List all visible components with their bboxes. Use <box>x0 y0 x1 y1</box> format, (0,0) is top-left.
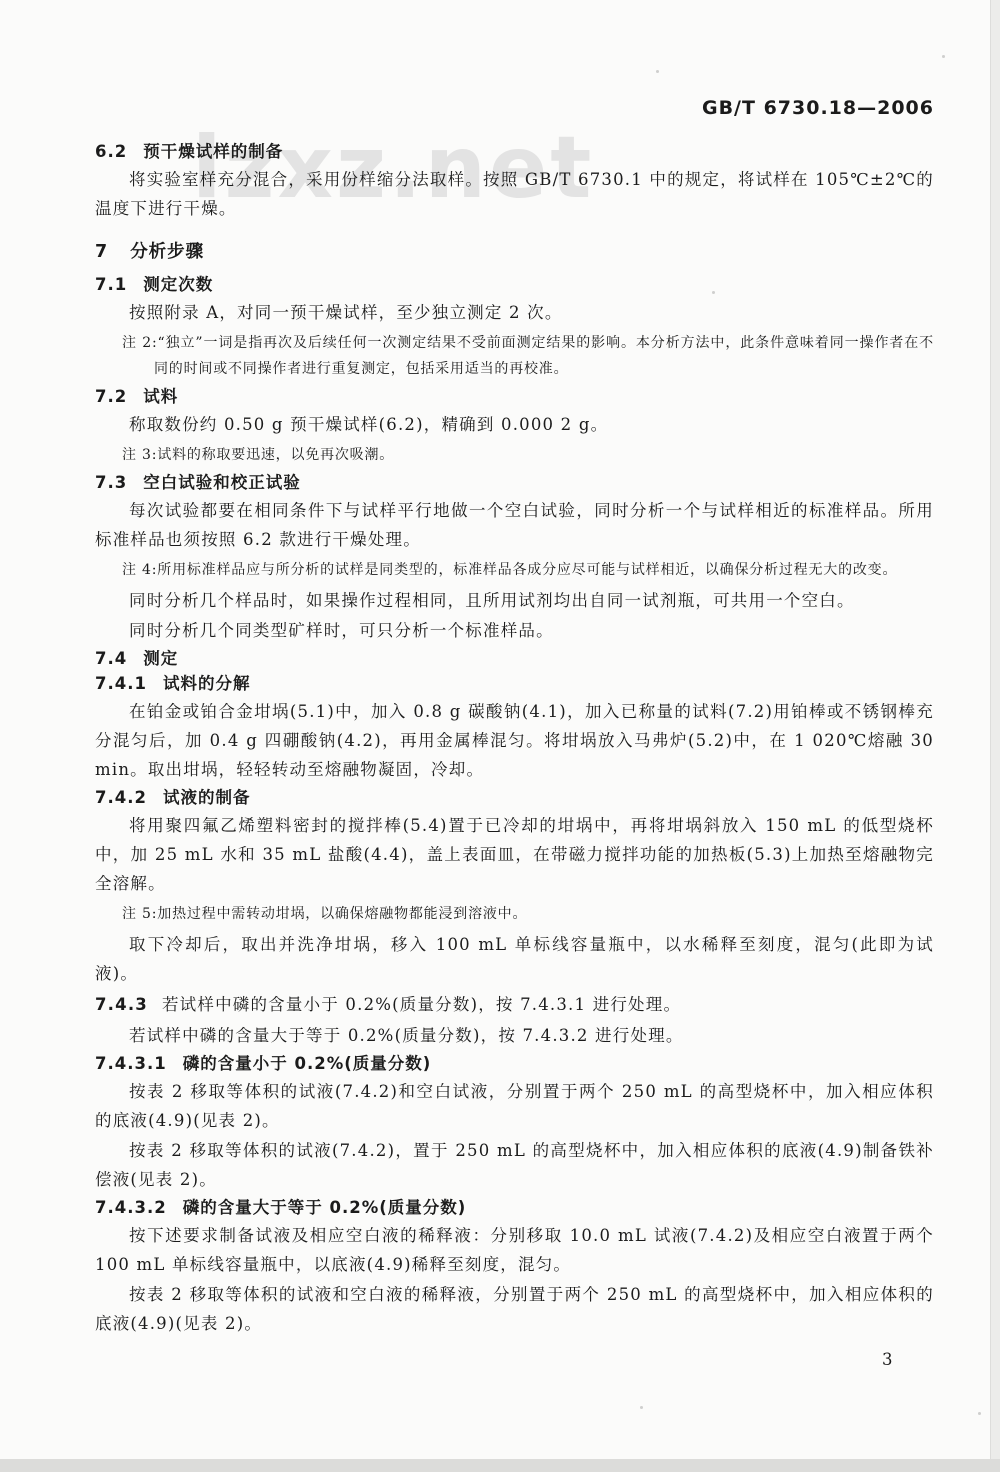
clause-7-3-heading: 7.3空白试验和校正试验 <box>95 471 934 494</box>
clause-7-4-2-paragraph-2: 取下冷却后，取出并洗净坩埚，移入 100 mL 单标线容量瓶中，以水稀释至刻度，… <box>95 930 934 988</box>
document-page: GB/T 6730.18—2006 6.2预干燥试样的制备 将实验室样充分混合，… <box>0 0 1000 1338</box>
clause-7-2-paragraph: 称取数份约 0.50 g 预干燥试样(6.2)，精确到 0.000 2 g。 <box>95 410 934 439</box>
note-5: 注 5:加热过程中需转动坩埚，以确保熔融物都能浸到溶液中。 <box>122 901 934 927</box>
clause-title: 测定次数 <box>143 275 213 294</box>
clause-7-4-3-heading: 7.4.3若试样中磷的含量小于 0.2%(质量分数)，按 7.4.3.1 进行处… <box>95 990 934 1019</box>
clause-7-1-paragraph: 按照附录 A，对同一预干燥试样，至少独立测定 2 次。 <box>95 298 934 327</box>
note-3: 注 3:试料的称取要迅速，以免再次吸潮。 <box>122 442 934 468</box>
clause-number: 7.4.2 <box>95 788 147 807</box>
scan-speck <box>942 55 945 58</box>
clause-7-4-3-2-paragraph-1: 按下述要求制备试液及相应空白液的稀释液：分别移取 10.0 mL 试液(7.4.… <box>95 1221 934 1279</box>
clause-number: 7.4 <box>95 649 127 668</box>
clause-7-4-2-paragraph-1: 将用聚四氟乙烯塑料密封的搅拌棒(5.4)置于已冷却的坩埚中，再将坩埚斜放入 15… <box>95 811 934 898</box>
clause-title: 分析步骤 <box>130 242 204 262</box>
clause-7-3-paragraph-2: 同时分析几个样品时，如果操作过程相同，且所用试剂均出自同一试剂瓶，可共用一个空白… <box>95 586 934 615</box>
clause-7-2-heading: 7.2试料 <box>95 385 934 408</box>
scan-edge-bottom <box>0 1459 1000 1472</box>
clause-title: 磷的含量大于等于 0.2%(质量分数) <box>183 1198 467 1217</box>
scan-edge-right <box>990 0 1000 1472</box>
clause-6-2-paragraph: 将实验室样充分混合，采用份样缩分法取样。按照 GB/T 6730.1 中的规定，… <box>95 165 934 223</box>
clause-title: 试料的分解 <box>163 674 251 693</box>
clause-title: 试液的制备 <box>163 788 251 807</box>
clause-number: 7.4.3.2 <box>95 1198 167 1217</box>
clause-title: 空白试验和校正试验 <box>143 473 301 492</box>
clause-7-4-1-paragraph: 在铂金或铂合金坩埚(5.1)中，加入 0.8 g 碳酸钠(4.1)，加入已称量的… <box>95 697 934 784</box>
clause-number: 6.2 <box>95 142 127 161</box>
scan-speck <box>656 70 659 73</box>
clause-title: 磷的含量小于 0.2%(质量分数) <box>183 1054 432 1073</box>
clause-text: 若试样中磷的含量小于 0.2%(质量分数)，按 7.4.3.1 进行处理。 <box>162 995 681 1014</box>
clause-6-2-heading: 6.2预干燥试样的制备 <box>95 140 934 163</box>
note-4: 注 4:所用标准样品应与所分析的试样是同类型的，标准样品各成分应尽可能与试样相近… <box>122 557 934 583</box>
clause-number: 7.4.3.1 <box>95 1054 167 1073</box>
scan-speck <box>640 1406 643 1409</box>
clause-number: 7.3 <box>95 473 127 492</box>
page-number: 3 <box>882 1350 893 1369</box>
clause-7-4-1-heading: 7.4.1试料的分解 <box>95 672 934 695</box>
clause-number: 7 <box>95 242 108 262</box>
clause-7-4-3-2-heading: 7.4.3.2磷的含量大于等于 0.2%(质量分数) <box>95 1196 934 1219</box>
clause-7-4-3-1-paragraph-1: 按表 2 移取等体积的试液(7.4.2)和空白试液，分别置于两个 250 mL … <box>95 1077 934 1135</box>
clause-7-4-3-1-paragraph-2: 按表 2 移取等体积的试液(7.4.2)，置于 250 mL 的高型烧杯中，加入… <box>95 1136 934 1194</box>
clause-7-4-3-1-heading: 7.4.3.1磷的含量小于 0.2%(质量分数) <box>95 1052 934 1075</box>
clause-number: 7.4.1 <box>95 674 147 693</box>
clause-7-heading: 7分析步骤 <box>95 239 934 265</box>
clause-7-4-3-paragraph: 若试样中磷的含量大于等于 0.2%(质量分数)，按 7.4.3.2 进行处理。 <box>95 1021 934 1050</box>
clause-7-4-heading: 7.4测定 <box>95 647 934 670</box>
clause-title: 试料 <box>143 387 178 406</box>
standard-number-header: GB/T 6730.18—2006 <box>95 96 934 120</box>
clause-number: 7.2 <box>95 387 127 406</box>
clause-7-3-paragraph-3: 同时分析几个同类型矿样时，可只分析一个标准样品。 <box>95 616 934 645</box>
clause-number: 7.1 <box>95 275 127 294</box>
clause-7-1-heading: 7.1测定次数 <box>95 273 934 296</box>
scan-speck <box>978 1412 981 1415</box>
clause-title: 预干燥试样的制备 <box>143 142 283 161</box>
clause-7-4-2-heading: 7.4.2试液的制备 <box>95 786 934 809</box>
note-2: 注 2:“独立”一词是指再次及后续任何一次测定结果不受前面测定结果的影响。本分析… <box>122 330 934 382</box>
clause-7-4-3-2-paragraph-2: 按表 2 移取等体积的试液和空白液的稀释液，分别置于两个 250 mL 的高型烧… <box>95 1280 934 1338</box>
clause-number: 7.4.3 <box>95 995 148 1014</box>
clause-title: 测定 <box>143 649 178 668</box>
scan-speck <box>712 291 715 294</box>
clause-7-3-paragraph-1: 每次试验都要在相同条件下与试样平行地做一个空白试验，同时分析一个与试样相近的标准… <box>95 496 934 554</box>
